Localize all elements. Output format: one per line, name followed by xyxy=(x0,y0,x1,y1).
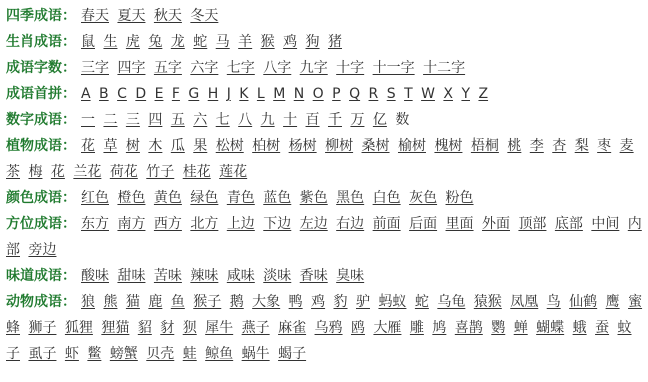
category-link[interactable]: 青色 xyxy=(227,190,255,206)
category-link[interactable]: 东方 xyxy=(81,216,109,232)
category-link[interactable]: 数 xyxy=(395,112,409,128)
category-link[interactable]: 蜗牛 xyxy=(242,346,270,362)
category-link[interactable]: Z xyxy=(478,86,488,102)
category-link[interactable]: 七 xyxy=(216,112,230,128)
category-link[interactable]: 蓝色 xyxy=(263,190,291,206)
category-link[interactable]: 酸味 xyxy=(81,268,109,284)
category-link[interactable]: 蛾 xyxy=(573,320,587,336)
category-link[interactable]: Q xyxy=(349,86,360,102)
category-link[interactable]: 犀牛 xyxy=(205,320,233,336)
category-link[interactable]: 花 xyxy=(51,164,65,180)
category-link[interactable]: 四字 xyxy=(117,60,145,76)
category-link[interactable]: 六字 xyxy=(190,60,218,76)
category-link[interactable]: 辣味 xyxy=(190,268,218,284)
category-link[interactable]: 贝壳 xyxy=(146,346,174,362)
category-link[interactable]: 右边 xyxy=(336,216,364,232)
category-link[interactable]: 橙色 xyxy=(117,190,145,206)
category-link[interactable]: 二 xyxy=(103,112,117,128)
category-link[interactable]: 外面 xyxy=(482,216,510,232)
category-link[interactable]: 十一字 xyxy=(373,60,415,76)
category-link[interactable]: 冬天 xyxy=(190,8,218,24)
category-link[interactable]: L xyxy=(257,86,265,102)
category-link[interactable]: 白色 xyxy=(373,190,401,206)
category-link[interactable]: 六 xyxy=(193,112,207,128)
category-link[interactable]: 虱子 xyxy=(28,346,56,362)
category-link[interactable]: 蛙 xyxy=(183,346,197,362)
category-link[interactable]: 灰色 xyxy=(409,190,437,206)
category-link[interactable]: 西方 xyxy=(154,216,182,232)
category-link[interactable]: 熊 xyxy=(103,294,117,310)
category-link[interactable]: 鳖 xyxy=(87,346,101,362)
category-link[interactable]: C xyxy=(117,86,127,102)
category-link[interactable]: 槐树 xyxy=(434,138,462,154)
category-row: 植物成语：花 草 树 木 瓜 果 松树 柏树 杨树 柳树 桑树 榆树 槐树 梧桐… xyxy=(6,133,646,185)
category-link[interactable]: 鸡 xyxy=(311,294,325,310)
category-link[interactable]: 桃 xyxy=(507,138,521,154)
category-link[interactable]: 草 xyxy=(103,138,117,154)
category-link[interactable]: 甜味 xyxy=(117,268,145,284)
category-row: 方位成语：东方 南方 西方 北方 上边 下边 左边 右边 前面 后面 里面 外面… xyxy=(6,211,646,263)
category-row: 生肖成语：鼠 生 虎 兔 龙 蛇 马 羊 猴 鸡 狗 猪 xyxy=(6,29,646,55)
category-link[interactable]: F xyxy=(172,86,180,102)
category-link[interactable]: 猫 xyxy=(126,294,140,310)
category-link[interactable]: 李 xyxy=(530,138,544,154)
category-link[interactable]: 狸猫 xyxy=(101,320,129,336)
category-link[interactable]: 猿猴 xyxy=(474,294,502,310)
category-link[interactable]: 蝎子 xyxy=(278,346,306,362)
category-link[interactable]: H xyxy=(208,86,219,102)
category-link[interactable]: 蝴蝶 xyxy=(536,320,564,336)
category-row: 颜色成语：红色 橙色 黄色 绿色 青色 蓝色 紫色 黑色 白色 灰色 粉色 xyxy=(6,185,646,211)
category-link[interactable]: 兔 xyxy=(148,34,162,50)
category-link[interactable]: 后面 xyxy=(409,216,437,232)
category-link[interactable]: 九 xyxy=(261,112,275,128)
category-link[interactable]: 鹦 xyxy=(491,320,505,336)
category-link[interactable]: 蚂蚁 xyxy=(378,294,406,310)
category-link[interactable]: 大象 xyxy=(252,294,280,310)
category-link[interactable]: 红色 xyxy=(81,190,109,206)
category-label: 味道成语： xyxy=(6,268,76,284)
category-row: 四季成语：春天 夏天 秋天 冬天 xyxy=(6,3,646,29)
category-row: 数字成语：一 二 三 四 五 六 七 八 九 十 百 千 万 亿 数 xyxy=(6,107,646,133)
category-link[interactable]: O xyxy=(313,86,324,102)
category-link[interactable]: 狮子 xyxy=(28,320,56,336)
category-link[interactable]: 狐狸 xyxy=(65,320,93,336)
category-link[interactable]: 九字 xyxy=(300,60,328,76)
category-link[interactable]: 蚕 xyxy=(595,320,609,336)
category-link[interactable]: 狈 xyxy=(183,320,197,336)
category-link[interactable]: N xyxy=(294,86,304,102)
category-link[interactable]: 鸟 xyxy=(547,294,561,310)
category-link[interactable]: 万 xyxy=(350,112,364,128)
category-link[interactable]: G xyxy=(188,86,199,102)
category-link[interactable]: 鸡 xyxy=(283,34,297,50)
category-link[interactable]: 淡味 xyxy=(263,268,291,284)
category-link[interactable]: 十字 xyxy=(336,60,364,76)
category-link[interactable]: 鹿 xyxy=(148,294,162,310)
category-link[interactable]: 竹子 xyxy=(146,164,174,180)
category-link[interactable]: 麦 xyxy=(620,138,634,154)
category-link[interactable]: 十二字 xyxy=(423,60,465,76)
category-link[interactable]: 鲸鱼 xyxy=(205,346,233,362)
category-link[interactable]: 亿 xyxy=(373,112,387,128)
category-link[interactable]: 虎 xyxy=(126,34,140,50)
category-link[interactable]: 苦味 xyxy=(154,268,182,284)
category-link[interactable]: K xyxy=(239,86,248,102)
category-link[interactable]: 豹 xyxy=(334,294,348,310)
category-row: 味道成语：酸味 甜味 苦味 辣味 咸味 淡味 香味 臭味 xyxy=(6,263,646,289)
category-link[interactable]: 鸭 xyxy=(289,294,303,310)
category-link[interactable]: 猪 xyxy=(328,34,342,50)
category-link[interactable]: 春天 xyxy=(81,8,109,24)
category-link[interactable]: 树 xyxy=(126,138,140,154)
category-link[interactable]: 八字 xyxy=(263,60,291,76)
category-link[interactable]: 花 xyxy=(81,138,95,154)
category-link[interactable]: 羊 xyxy=(238,34,252,50)
category-link[interactable]: 鹅 xyxy=(230,294,244,310)
category-link[interactable]: D xyxy=(135,86,146,102)
category-link[interactable]: 瓜 xyxy=(171,138,185,154)
category-label: 颜色成语： xyxy=(6,190,76,206)
category-link[interactable]: Y xyxy=(461,86,470,102)
category-link[interactable]: 五字 xyxy=(154,60,182,76)
category-link[interactable]: 榆树 xyxy=(398,138,426,154)
category-link[interactable]: 仙鹤 xyxy=(569,294,597,310)
category-link[interactable]: 北方 xyxy=(190,216,218,232)
category-link[interactable]: 杏 xyxy=(552,138,566,154)
category-link[interactable]: 十 xyxy=(283,112,297,128)
category-link[interactable]: 大雁 xyxy=(373,320,401,336)
category-link[interactable]: 狼 xyxy=(81,294,95,310)
category-link[interactable]: 喜鹊 xyxy=(455,320,483,336)
category-link[interactable]: 下边 xyxy=(263,216,291,232)
category-link[interactable]: 梧桐 xyxy=(471,138,499,154)
category-link[interactable]: S xyxy=(387,86,396,102)
category-link[interactable]: 龙 xyxy=(171,34,185,50)
category-link[interactable]: 木 xyxy=(148,138,162,154)
category-link[interactable]: 柳树 xyxy=(325,138,353,154)
category-link[interactable]: 香味 xyxy=(300,268,328,284)
category-link[interactable]: 咸味 xyxy=(227,268,255,284)
category-link[interactable]: X xyxy=(443,86,453,102)
category-link[interactable]: 燕子 xyxy=(242,320,270,336)
category-link[interactable]: 夏天 xyxy=(117,8,145,24)
category-link[interactable]: 黄色 xyxy=(154,190,182,206)
category-link[interactable]: 茶 xyxy=(6,164,20,180)
category-link[interactable]: 鸠 xyxy=(432,320,446,336)
category-link[interactable]: 粉色 xyxy=(446,190,474,206)
category-link[interactable]: J xyxy=(227,86,231,102)
category-link[interactable]: 狗 xyxy=(306,34,320,50)
category-row: 成语首拼：A B C D E F G H J K L M N O P Q R S… xyxy=(6,81,646,107)
category-link[interactable]: 三 xyxy=(126,112,140,128)
category-link[interactable]: W xyxy=(421,86,435,102)
category-link[interactable]: 五 xyxy=(171,112,185,128)
category-link[interactable]: 里面 xyxy=(446,216,474,232)
category-link[interactable]: 梨 xyxy=(575,138,589,154)
category-link[interactable]: 一 xyxy=(81,112,95,128)
category-link[interactable]: 凤凰 xyxy=(510,294,538,310)
category-link[interactable]: T xyxy=(404,86,413,102)
category-link[interactable]: 蛇 xyxy=(415,294,429,310)
category-link[interactable]: 麻雀 xyxy=(278,320,306,336)
category-link[interactable]: 臭味 xyxy=(336,268,364,284)
category-link[interactable]: M xyxy=(273,86,285,102)
category-link[interactable]: 驴 xyxy=(356,294,370,310)
category-link[interactable]: 乌鸦 xyxy=(315,320,343,336)
category-link[interactable]: 杨树 xyxy=(289,138,317,154)
category-link[interactable]: 中间 xyxy=(591,216,619,232)
category-link[interactable]: 乌龟 xyxy=(437,294,465,310)
category-link[interactable]: 生 xyxy=(103,34,117,50)
category-link[interactable]: 千 xyxy=(328,112,342,128)
category-link[interactable]: 底部 xyxy=(555,216,583,232)
category-link[interactable]: 蝉 xyxy=(514,320,528,336)
category-link[interactable]: R xyxy=(369,86,379,102)
category-link[interactable]: 紫色 xyxy=(300,190,328,206)
category-link[interactable]: 八 xyxy=(238,112,252,128)
category-link[interactable]: 虾 xyxy=(65,346,79,362)
category-label: 动物成语： xyxy=(6,294,76,310)
category-row: 动物成语：狼 熊 猫 鹿 鱼 猴子 鹅 大象 鸭 鸡 豹 驴 蚂蚁 蛇 乌龟 猿… xyxy=(6,289,646,367)
idiom-category-list: 四季成语：春天 夏天 秋天 冬天 生肖成语：鼠 生 虎 兔 龙 蛇 马 羊 猴 … xyxy=(0,0,646,367)
category-link[interactable]: 鱼 xyxy=(171,294,185,310)
category-link[interactable]: 七字 xyxy=(227,60,255,76)
category-link[interactable]: 雕 xyxy=(410,320,424,336)
category-link[interactable]: B xyxy=(99,86,109,102)
category-link[interactable]: A xyxy=(81,86,91,102)
category-link[interactable]: E xyxy=(155,86,164,102)
category-link[interactable]: 荷花 xyxy=(110,164,138,180)
category-link[interactable]: 猴 xyxy=(261,34,275,50)
category-link[interactable]: 三字 xyxy=(81,60,109,76)
category-link[interactable]: 南方 xyxy=(117,216,145,232)
category-link[interactable]: 兰花 xyxy=(73,164,101,180)
category-link[interactable]: 蛇 xyxy=(193,34,207,50)
category-link[interactable]: P xyxy=(332,86,340,102)
category-link[interactable]: 前面 xyxy=(373,216,401,232)
category-link[interactable]: 貂 xyxy=(138,320,152,336)
category-link[interactable]: 柏树 xyxy=(252,138,280,154)
category-label: 成语字数： xyxy=(6,60,76,76)
category-label: 方位成语： xyxy=(6,216,76,232)
category-label: 成语首拼： xyxy=(6,86,76,102)
category-link[interactable]: 松树 xyxy=(216,138,244,154)
category-label: 四季成语： xyxy=(6,8,76,24)
category-link[interactable]: 桂花 xyxy=(183,164,211,180)
category-link[interactable]: 枣 xyxy=(597,138,611,154)
category-label: 数字成语： xyxy=(6,112,76,128)
category-link[interactable]: 豺 xyxy=(160,320,174,336)
category-link[interactable]: 马 xyxy=(216,34,230,50)
category-link[interactable]: 鼠 xyxy=(81,34,95,50)
category-label: 生肖成语： xyxy=(6,34,76,50)
category-link[interactable]: 四 xyxy=(148,112,162,128)
category-link[interactable]: 秋天 xyxy=(154,8,182,24)
category-label: 植物成语： xyxy=(6,138,76,154)
category-link[interactable]: 左边 xyxy=(300,216,328,232)
category-link[interactable]: 黑色 xyxy=(336,190,364,206)
category-link[interactable]: 果 xyxy=(193,138,207,154)
category-link[interactable]: 绿色 xyxy=(190,190,218,206)
category-link[interactable]: 莲花 xyxy=(219,164,247,180)
category-link[interactable]: 顶部 xyxy=(518,216,546,232)
category-row: 成语字数：三字 四字 五字 六字 七字 八字 九字 十字 十一字 十二字 xyxy=(6,55,646,81)
category-link[interactable]: 旁边 xyxy=(28,242,56,258)
category-link[interactable]: 桑树 xyxy=(362,138,390,154)
category-link[interactable]: 鹰 xyxy=(606,294,620,310)
category-link[interactable]: 百 xyxy=(306,112,320,128)
category-link[interactable]: 上边 xyxy=(227,216,255,232)
category-link[interactable]: 猴子 xyxy=(193,294,221,310)
category-link[interactable]: 梅 xyxy=(28,164,42,180)
category-link[interactable]: 螃蟹 xyxy=(110,346,138,362)
category-link[interactable]: 鸥 xyxy=(351,320,365,336)
